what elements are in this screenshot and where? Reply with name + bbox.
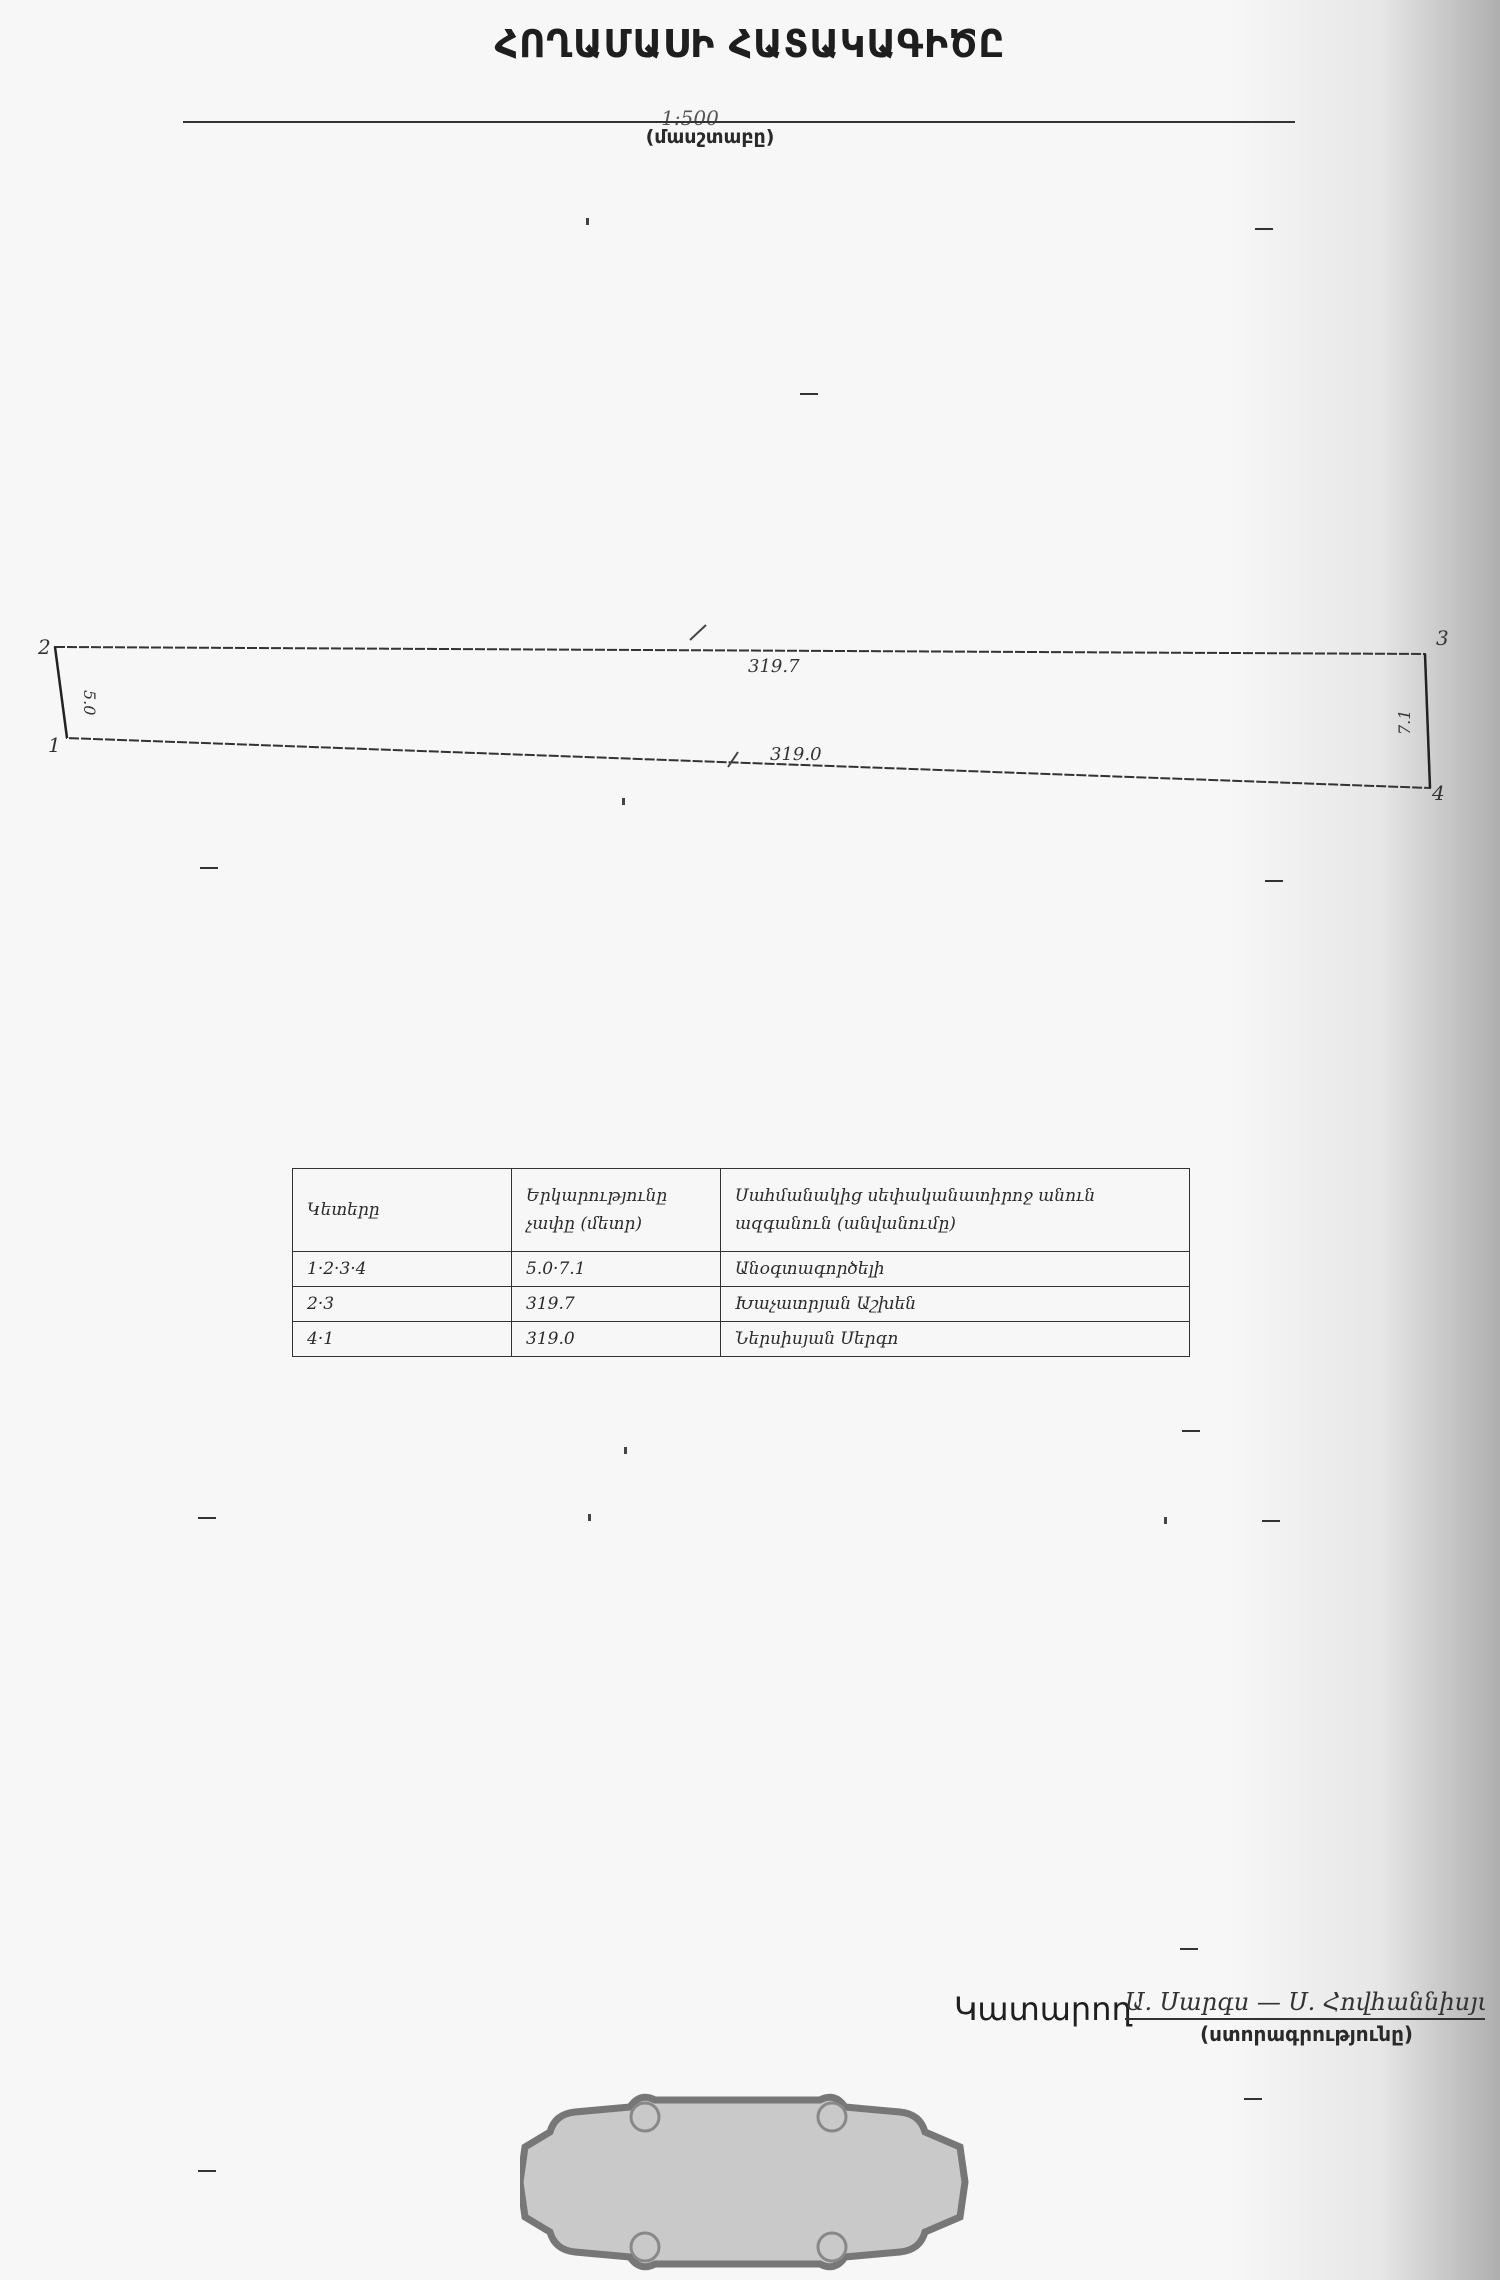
header-length: Երկարությունը չափը (մետր) xyxy=(512,1169,721,1252)
grid-dot-marker xyxy=(588,1514,591,1521)
cell-length: 5.0·7.1 xyxy=(512,1252,721,1287)
grid-cross-marker xyxy=(1265,880,1283,882)
point-label-3: 3 xyxy=(1436,626,1449,650)
edge-length-2-3: 319.7 xyxy=(748,656,800,677)
edge-length-4-1: 319.0 xyxy=(770,744,822,765)
grid-cross-marker xyxy=(200,867,218,869)
grid-dot-marker xyxy=(624,1447,627,1454)
cell-length: 319.0 xyxy=(512,1322,721,1357)
edge-length-3-4: 7.1 xyxy=(1395,710,1414,735)
grid-dot-marker xyxy=(622,798,625,805)
grid-cross-marker xyxy=(1182,1430,1200,1432)
grid-cross-marker xyxy=(1262,1520,1280,1522)
point-label-4: 4 xyxy=(1431,781,1445,805)
boundary-table: Կետերը Երկարությունը չափը (մետր) Սահմանա… xyxy=(292,1168,1190,1357)
edge-marker-top xyxy=(690,625,706,640)
grid-cross-marker xyxy=(1244,2098,1262,2100)
grid-dot-marker xyxy=(586,218,589,225)
grid-cross-marker xyxy=(1180,1948,1198,1950)
point-label-2: 2 xyxy=(37,635,51,659)
cell-neighbor: Ներսիսյան Սերգո xyxy=(721,1322,1190,1357)
edge-1-2 xyxy=(55,647,67,738)
performer-label: Կատարող xyxy=(954,1990,1132,2028)
cell-points: 2·3 xyxy=(293,1287,512,1322)
point-label-1: 1 xyxy=(48,733,61,757)
cell-neighbor: Անօգտագործելի xyxy=(721,1252,1190,1287)
grid-dot-marker xyxy=(1164,1517,1167,1524)
grid-cross-marker xyxy=(198,2170,216,2172)
edge-length-1-2: 5.0 xyxy=(80,690,99,715)
grid-cross-marker xyxy=(1255,228,1273,230)
table-row: 2·3 319.7 Խաչատրյան Աշխեն xyxy=(293,1287,1190,1322)
header-points: Կետերը xyxy=(293,1169,512,1252)
signature-caption: (ստորագրությունը) xyxy=(1200,2022,1413,2046)
table-row: 1·2·3·4 5.0·7.1 Անօգտագործելի xyxy=(293,1252,1190,1287)
header-neighbor: Սահմանակից սեփականատիրոջ անուն ազգանուն … xyxy=(721,1169,1190,1252)
plot-plan-drawing: 2 1 3 4 5.0 319.7 7.1 319.0 xyxy=(0,0,1500,900)
cell-length: 319.7 xyxy=(512,1287,721,1322)
decorative-cartouche-icon xyxy=(520,2092,980,2280)
grid-cross-marker xyxy=(198,1517,216,1519)
cell-points: 1·2·3·4 xyxy=(293,1252,512,1287)
cell-points: 4·1 xyxy=(293,1322,512,1357)
plot-boundary xyxy=(55,647,1430,788)
grid-cross-marker xyxy=(800,393,818,395)
cell-neighbor: Խաչատրյան Աշխեն xyxy=(721,1287,1190,1322)
table-row: 4·1 319.0 Ներսիսյան Սերգո xyxy=(293,1322,1190,1357)
edge-3-4 xyxy=(1425,654,1430,788)
edge-marker-bottom xyxy=(728,752,738,767)
table-header-row: Կետերը Երկարությունը չափը (մետր) Սահմանա… xyxy=(293,1169,1190,1252)
signature: Ա. Սարգս — Ս. Հովհաննիսյան xyxy=(1125,1988,1485,2020)
